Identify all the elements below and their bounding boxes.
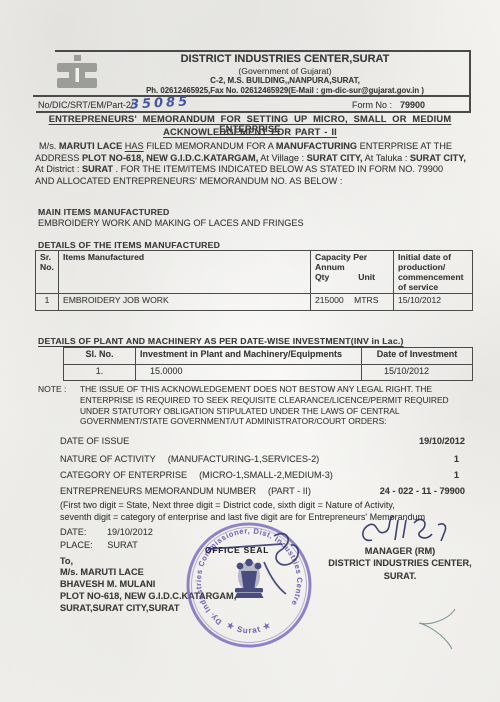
items-table: Sr. No. Items Manufactured Capacity Per … [35, 250, 473, 311]
ref-number-label: No/DIC/SRT/EM/Part-2/ [38, 100, 133, 110]
col-sl-no: Sl. No. [64, 348, 136, 364]
cell-investment: 15.0000 [136, 365, 362, 380]
field-hint: (MANUFACTURING-1,SERVICES-2) [168, 454, 319, 464]
cell-sr: 1 [36, 294, 59, 310]
items-table-title: DETAILS OF THE ITEMS MANUFACTURED [38, 240, 220, 250]
document-subtitle: ACKNOWLEDGEMENT FOR PART - II [30, 127, 470, 137]
field-value: 19/10/2012 [419, 436, 465, 446]
col-init-date2: commencement of service [398, 272, 468, 292]
paragraph-line: At District : SURAT . FOR THE ITEM/ITEMS… [35, 164, 472, 176]
field-nature-of-activity: NATURE OF ACTIVITY(MANUFACTURING-1,SERVI… [60, 454, 465, 464]
dic-logo-icon [55, 55, 99, 95]
main-items-label: MAIN ITEMS MANUFACTURED [38, 207, 170, 217]
date-value: 19/10/2012 [107, 527, 153, 537]
signer-title: MANAGER (RM) [325, 545, 475, 557]
svg-text:★ Surat ★: ★ Surat ★ [225, 620, 273, 635]
field-label: DATE OF ISSUE [60, 436, 129, 446]
field-value: 1 [454, 454, 459, 464]
field-date-of-issue: DATE OF ISSUE 19/10/2012 [60, 436, 465, 446]
stamp-bottom-text: ★ Surat ★ [225, 620, 273, 635]
cell-sl: 1. [64, 365, 136, 380]
paragraph-line: ADDRESS PLOT NO-618, NEW G.I.D.C.KATARGA… [35, 153, 472, 165]
gov-line: (Government of Gujarat) [100, 66, 470, 76]
scanned-acknowledgement-document: DISTRICT INDUSTRIES CENTER,SURAT (Govern… [0, 0, 500, 702]
col-items: Items Manufactured [59, 251, 311, 293]
field-hint: (PART - II) [268, 486, 311, 496]
signer-block: MANAGER (RM) DISTRICT INDUSTRIES CENTER,… [325, 545, 475, 582]
cell-inv-date: 15/10/2012 [362, 365, 472, 380]
paragraph-line: AND ALLOCATED ENTREPRENEURS' MEMORANDUM … [35, 176, 472, 188]
col-sr2: No. [40, 262, 54, 272]
col-unit: Unit [358, 272, 375, 282]
col-capacity: Capacity Per Annum [315, 252, 389, 272]
place-label: PLACE: [60, 540, 93, 550]
field-hint: (MICRO-1,SMALL-2,MEDIUM-3) [199, 470, 333, 480]
field-label: ENTREPRENEURS MEMORANDUM NUMBER [60, 486, 256, 496]
machinery-table: Sl. No. Investment in Plant and Machiner… [63, 347, 473, 381]
field-em-number: ENTREPRENEURS MEMORANDUM NUMBER(PART - I… [60, 486, 465, 496]
note-label: NOTE : [38, 384, 66, 394]
machinery-header-row: Sl. No. Investment in Plant and Machiner… [64, 348, 472, 365]
main-items-value: EMBROIDERY WORK AND MAKING OF LACES AND … [38, 218, 304, 228]
items-table-header-row: Sr. No. Items Manufactured Capacity Per … [36, 251, 472, 294]
form-no-value: 79900 [400, 100, 425, 110]
date-label: DATE: [60, 527, 86, 537]
cell-qty: 215000 [315, 295, 344, 305]
col-sr: Sr. [40, 252, 54, 262]
digit-note-line1: (First two digit = State, Next three dig… [60, 500, 395, 510]
body-paragraph: M/s. MARUTI LACE HAS FILED MEMORANDUM FO… [35, 141, 472, 187]
col-date-investment: Date of Investment [362, 348, 472, 364]
office-address: C-2, M.S. BUILDING,,NANPURA,SURAT, [100, 76, 470, 85]
ref-number-handwritten: 35085 [130, 94, 191, 112]
field-value: 24 - 022 - 11 - 79900 [380, 486, 465, 496]
cell-item: EMBROIDERY JOB WORK [59, 294, 311, 310]
org-name: DISTRICT INDUSTRIES CENTER,SURAT [100, 53, 470, 65]
pen-mark [415, 606, 465, 651]
contact-line: Ph. 02612465925,Fax No. 02612465929(E-Ma… [100, 86, 470, 95]
note-text: THE ISSUE OF THIS ACKNOWLEDGEMENT DOES N… [80, 384, 472, 427]
date-row: DATE: 19/10/2012 [60, 527, 153, 537]
field-category-of-enterprise: CATEGORY OF ENTERPRISE(MICRO-1,SMALL-2,M… [60, 470, 465, 480]
header-bottom-rule [36, 111, 471, 113]
place-value: SURAT [107, 540, 137, 550]
field-label: CATEGORY OF ENTERPRISE [60, 470, 187, 480]
machinery-table-title: DETAILS OF PLANT AND MACHINERY AS PER DA… [38, 336, 404, 346]
field-value: 1 [454, 470, 459, 480]
col-qty: Qty [315, 272, 329, 282]
machinery-row: 1. 15.0000 15/10/2012 [64, 365, 472, 380]
paragraph-line: M/s. MARUTI LACE HAS FILED MEMORANDUM FO… [35, 141, 472, 153]
col-investment: Investment in Plant and Machinery/Equipm… [136, 348, 362, 364]
cell-date: 15/10/2012 [394, 294, 472, 310]
signer-org-line1: DISTRICT INDUSTRIES CENTER, [325, 557, 475, 569]
col-init-date1: Initial date of production/ [398, 252, 468, 272]
cell-unit: MTRS [354, 295, 378, 305]
place-row: PLACE: SURAT [60, 540, 138, 550]
field-label: NATURE OF ACTIVITY [60, 454, 156, 464]
ashoka-emblem-icon [235, 559, 264, 598]
form-no-label: Form No : [352, 100, 392, 110]
signer-org-line2: SURAT. [325, 570, 475, 582]
items-table-row: 1 EMBROIDERY JOB WORK 215000 MTRS 15/10/… [36, 294, 472, 310]
office-stamp: Dy. Industries Commissioner, Dist. Indus… [178, 518, 320, 660]
header-mid-rule [33, 95, 471, 97]
